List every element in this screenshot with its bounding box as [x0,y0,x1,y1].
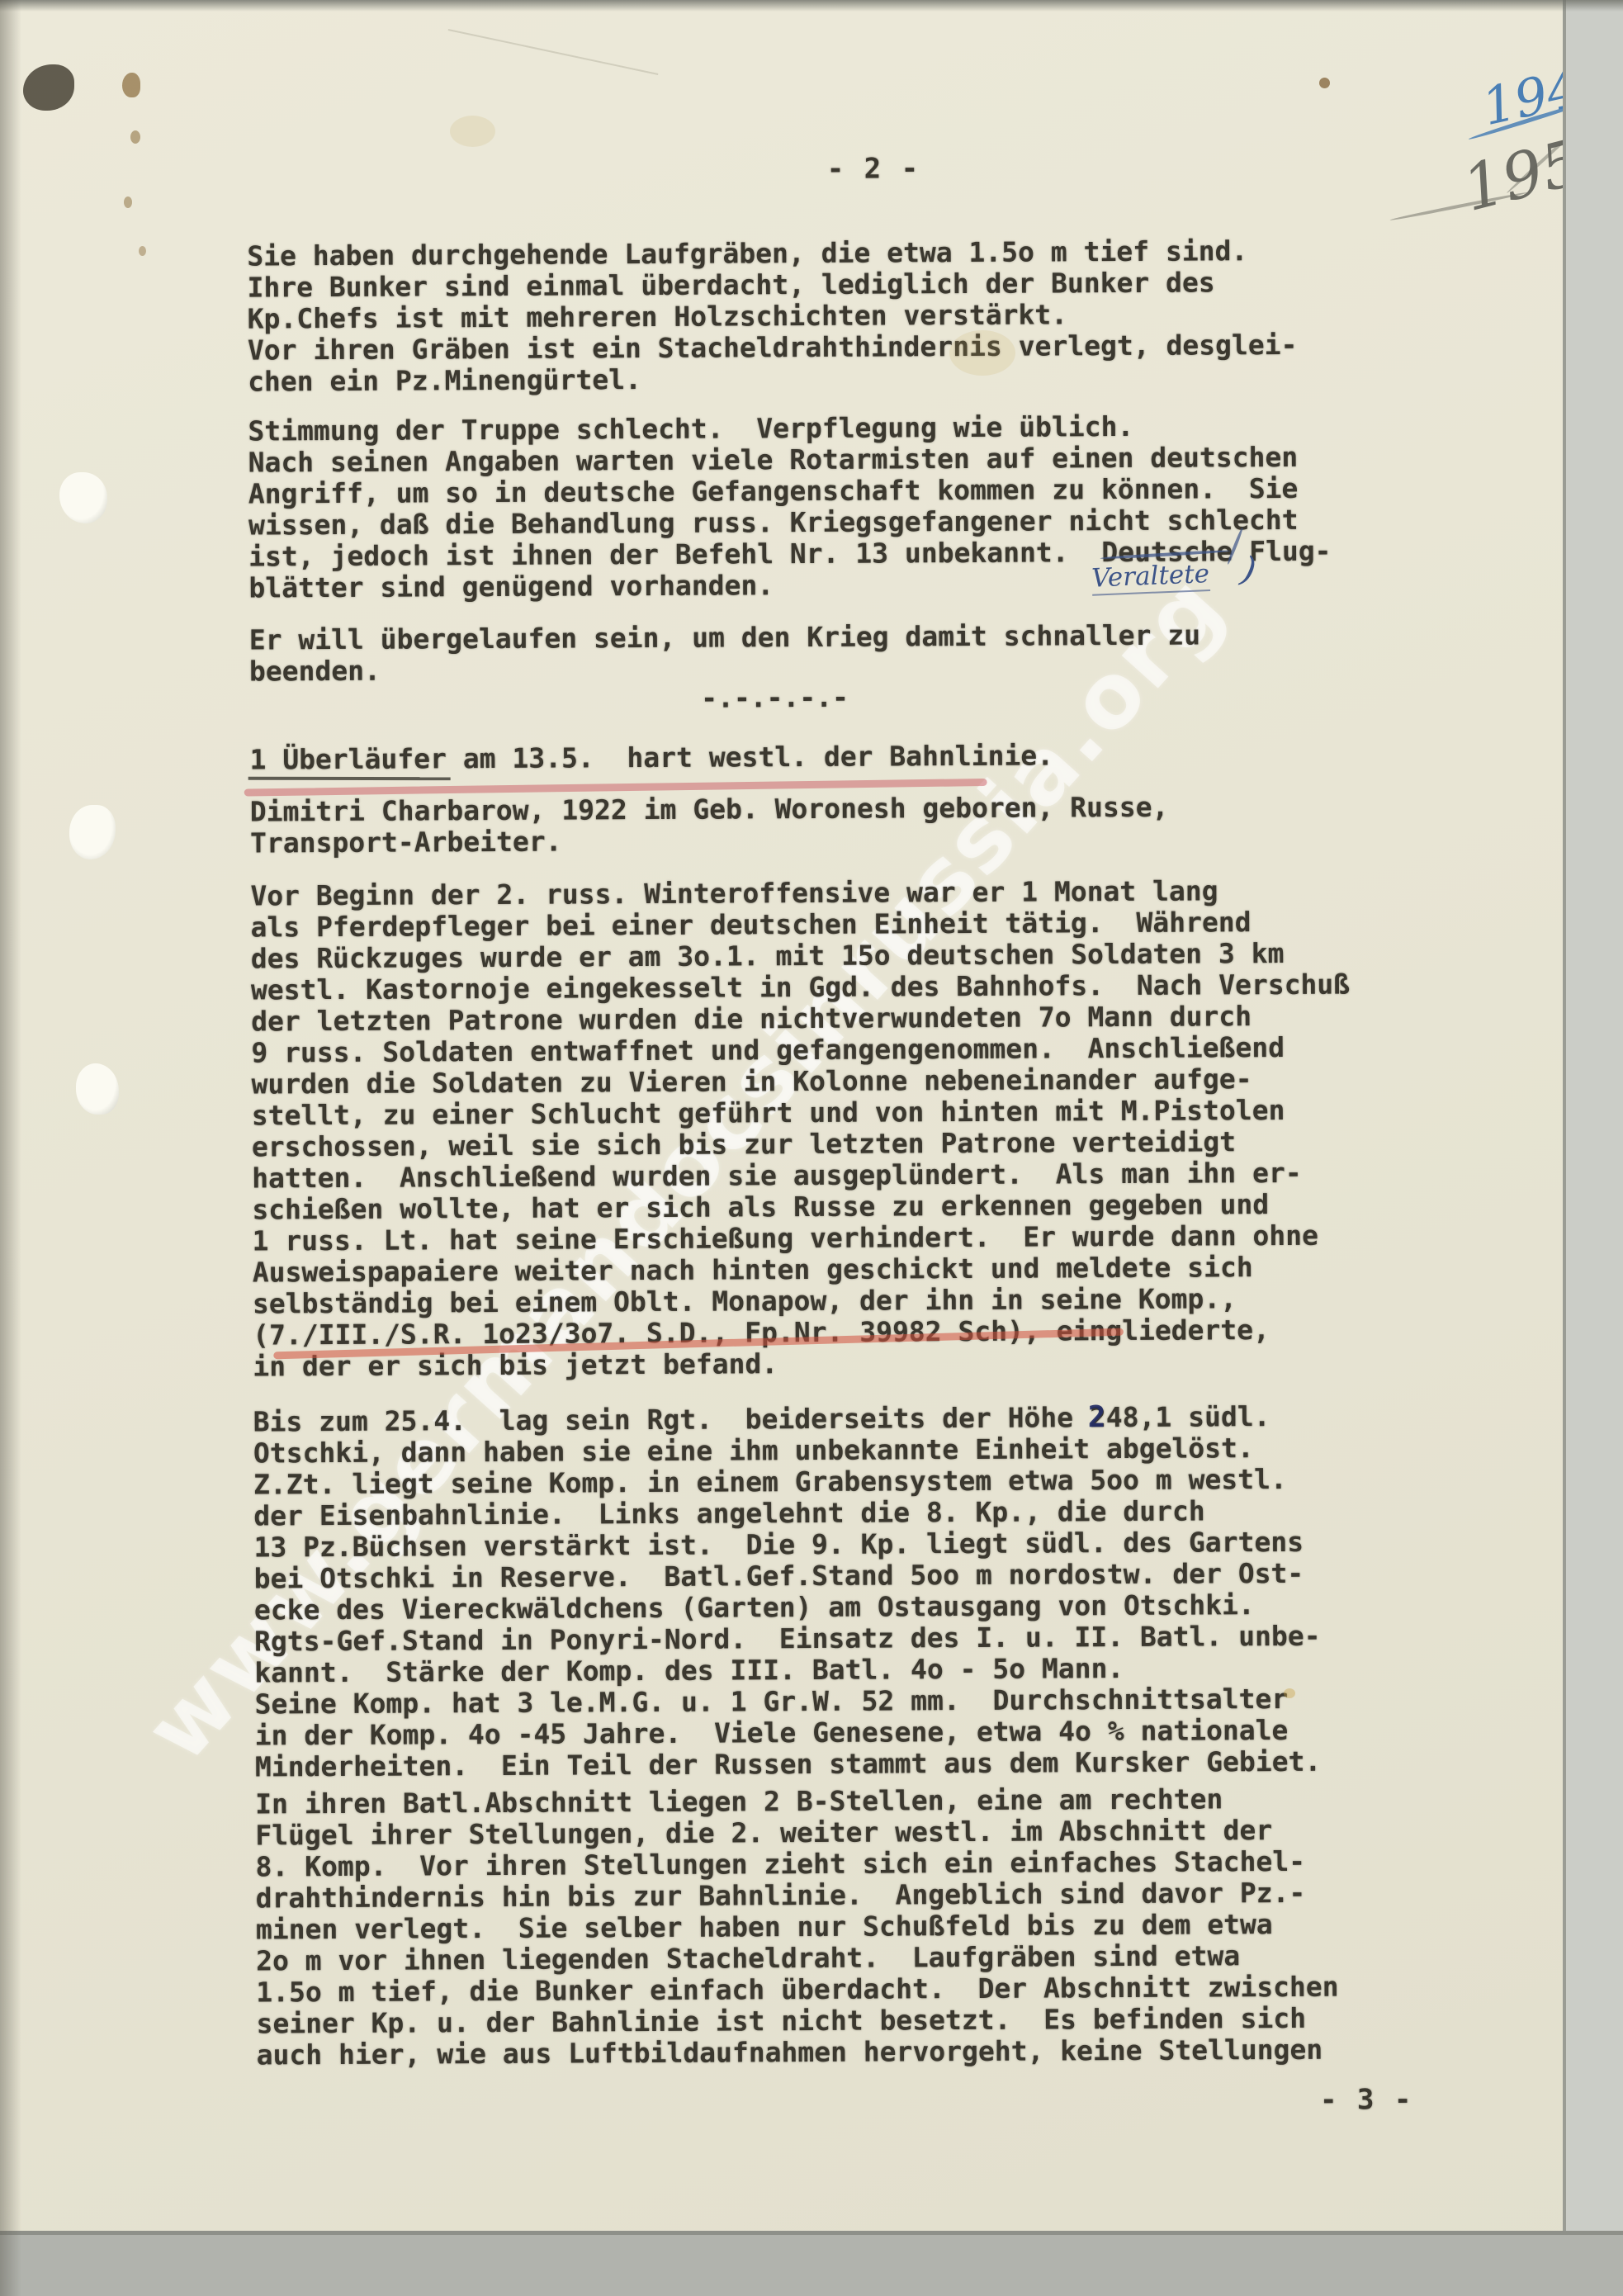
rust-stain-3 [124,196,132,208]
overwritten-digit-height248: 2 [1088,1400,1106,1434]
yellow-stain-2 [450,116,495,147]
scan-edge-right [1563,0,1623,2296]
rust-dot-top-right [1319,78,1330,88]
scan-edge-bottom [0,2231,1623,2296]
page-number-top: - 2 - [827,153,920,185]
rust-stain-4 [139,246,146,256]
scan-edge-left [0,0,21,2296]
rust-stain-2 [130,130,140,144]
yellow-dot-right [1284,1688,1295,1698]
paragraph-capture-account: Vor Beginn der 2. russ. Winteroffensive … [250,875,1351,1383]
scan-edge-top [0,0,1623,12]
handwritten-annotation-veraltete: Veraltete [1091,559,1210,596]
page-number-bottom: - 3 - [1320,2084,1413,2116]
deserter-identity: Dimitri Charbarow, 1922 im Geb. Woronesh… [250,792,1169,859]
section-separator: -.-.-.-.- [701,682,849,714]
document-scan: www.germandocsinrussia.org - 2 - 194 195… [0,0,1623,2296]
deserter-heading: 1 Überläufer am 13.5. hart westl. der Ba… [249,740,1053,775]
paragraph-trenches: Sie haben durchgehende Laufgräben, die e… [247,235,1298,398]
page-content: - 2 - 194 195 Sie haben durchgehende Lau… [0,0,1623,2296]
paragraph-defection-reason: Er will übergelaufen sein, um den Krieg … [249,620,1201,688]
typed-underline-heading [248,777,451,780]
rust-stain-1 [122,73,140,97]
yellow-stain-1 [949,330,1015,376]
paragraph-unit-positions: Bis zum 25.4. lag sein Rgt. beiderseits … [253,1401,1322,1783]
paragraph-battalion-sector: In ihren Batl.Abschnitt liegen 2 B-Stell… [255,1783,1339,2071]
